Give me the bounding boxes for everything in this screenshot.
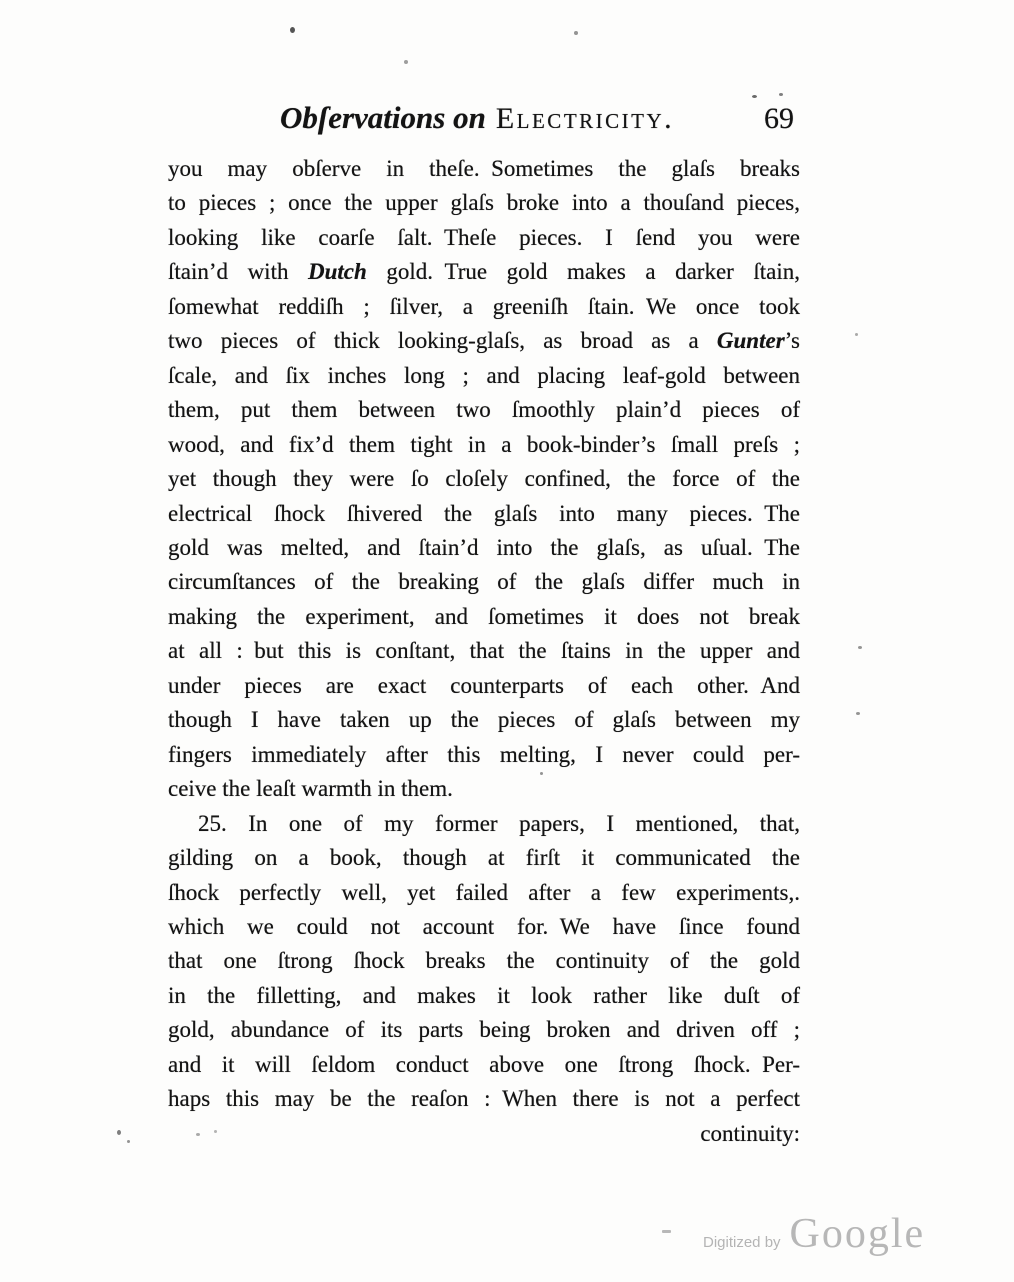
text-segment: looking like coarſe ſalt. Theſe pieces. … xyxy=(168,225,800,250)
running-header: Obſervations onElectricity. 69 xyxy=(168,100,800,148)
scan-dash xyxy=(662,1230,671,1233)
text-segment: continuity: xyxy=(700,1121,800,1146)
italic-text: Gunter xyxy=(717,328,785,353)
text-segment: you may obſerve in theſe. Sometimes the … xyxy=(168,156,800,181)
scan-speck xyxy=(574,31,578,35)
text-line: which we could not account for. We have … xyxy=(168,910,800,944)
text-segment: ſtain’d with xyxy=(168,259,308,284)
text-segment: gold, abundance of its parts being broke… xyxy=(168,1017,800,1042)
scan-speck xyxy=(117,1130,121,1135)
scan-speck xyxy=(214,1130,217,1133)
text-segment: ſcale, and ſix inches long ; and placing… xyxy=(168,363,800,388)
google-watermark: Digitized by Google xyxy=(703,1210,925,1258)
google-logo: Google xyxy=(790,1210,926,1258)
text-line: to pieces ; once the upper glaſs broke i… xyxy=(168,186,800,220)
text-line: ſomewhat reddiſh ; ſilver, a greeniſh ſt… xyxy=(168,290,800,324)
scan-speck xyxy=(127,1140,130,1143)
page-number: 69 xyxy=(764,102,794,136)
text-segment: ſomewhat reddiſh ; ſilver, a greeniſh ſt… xyxy=(168,294,800,319)
text-segment: though I have taken up the pieces of gla… xyxy=(168,707,800,732)
digitized-by-label: Digitized by xyxy=(703,1234,781,1251)
text-segment: haps this may be the reaſon : When there… xyxy=(168,1086,800,1111)
text-segment: circumſtances of the breaking of the gla… xyxy=(168,569,800,594)
text-segment: to pieces ; once the upper glaſs broke i… xyxy=(168,190,800,215)
text-segment: gold. True gold makes a darker ſtain, xyxy=(367,259,800,284)
text-line: fingers immediately after this melting, … xyxy=(168,738,800,772)
scan-speck xyxy=(858,646,862,649)
text-line: gold was melted, and ſtain’d into the gl… xyxy=(168,531,800,565)
text-segment: gold was melted, and ſtain’d into the gl… xyxy=(168,535,800,560)
text-line: though I have taken up the pieces of gla… xyxy=(168,703,800,737)
text-line: looking like coarſe ſalt. Theſe pieces. … xyxy=(168,221,800,255)
text-segment: fingers immediately after this melting, … xyxy=(168,742,800,767)
text-line: ceive the leaſt warmth in them. xyxy=(168,772,800,806)
text-line: haps this may be the reaſon : When there… xyxy=(168,1082,800,1116)
text-line: gilding on a book, though at firſt it co… xyxy=(168,841,800,875)
text-segment: gilding on a book, though at firſt it co… xyxy=(168,845,800,870)
text-line: you may obſerve in theſe. Sometimes the … xyxy=(168,152,800,186)
text-segment: 25. In one of my former papers, I mentio… xyxy=(198,811,800,836)
text-line: in the filletting, and makes it look rat… xyxy=(168,979,800,1013)
text-line: circumſtances of the breaking of the gla… xyxy=(168,565,800,599)
text-line: 25. In one of my former papers, I mentio… xyxy=(168,807,800,841)
text-segment: ſhock perfectly well, yet failed after a… xyxy=(168,880,800,905)
scan-speck xyxy=(779,93,783,96)
running-title-smallcaps: Electricity. xyxy=(496,102,674,135)
text-line: two pieces of thick looking-glaſs, as br… xyxy=(168,324,800,358)
scan-speck xyxy=(404,60,408,64)
text-segment: in the filletting, and makes it look rat… xyxy=(168,983,800,1008)
text-segment: that one ſtrong ſhock breaks the continu… xyxy=(168,948,800,973)
text-segment: them, put them between two ſmoothly plai… xyxy=(168,397,800,422)
text-line: making the experiment, and ſometimes it … xyxy=(168,600,800,634)
text-segment: ’s xyxy=(785,328,800,353)
text-segment: electrical ſhock ſhivered the glaſs into… xyxy=(168,501,800,526)
running-title-italic: Obſervations on xyxy=(280,100,486,135)
text-line: gold, abundance of its parts being broke… xyxy=(168,1013,800,1047)
running-title: Obſervations onElectricity. xyxy=(280,100,674,136)
text-line: and it will ſeldom conduct above one ſtr… xyxy=(168,1048,800,1082)
text-line: them, put them between two ſmoothly plai… xyxy=(168,393,800,427)
text-segment: under pieces are exact counterparts of e… xyxy=(168,673,800,698)
scan-speck xyxy=(196,1133,200,1136)
text-segment: two pieces of thick looking-glaſs, as br… xyxy=(168,328,717,353)
text-line: at all : but this is conſtant, that the … xyxy=(168,634,800,668)
scan-speck xyxy=(856,712,860,715)
text-line: continuity: xyxy=(168,1117,800,1151)
body-text: you may obſerve in theſe. Sometimes the … xyxy=(168,152,800,1151)
text-segment: ceive the leaſt warmth in them. xyxy=(168,776,453,801)
text-line: ſtain’d with Dutch gold. True gold makes… xyxy=(168,255,800,289)
text-segment: and it will ſeldom conduct above one ſtr… xyxy=(168,1052,800,1077)
text-line: that one ſtrong ſhock breaks the continu… xyxy=(168,944,800,978)
scan-speck xyxy=(752,95,757,98)
text-segment: which we could not account for. We have … xyxy=(168,914,800,939)
text-line: under pieces are exact counterparts of e… xyxy=(168,669,800,703)
text-segment: wood, and fix’d them tight in a book-bin… xyxy=(168,432,800,457)
scan-speck xyxy=(855,333,858,336)
text-line: yet though they were ſo cloſely confined… xyxy=(168,462,800,496)
book-page-scan: Obſervations onElectricity. 69 you may o… xyxy=(0,0,1014,1282)
scan-speck xyxy=(290,27,295,33)
text-segment: making the experiment, and ſometimes it … xyxy=(168,604,800,629)
text-segment: at all : but this is conſtant, that the … xyxy=(168,638,800,663)
text-line: ſhock perfectly well, yet failed after a… xyxy=(168,876,800,910)
italic-text: Dutch xyxy=(308,259,367,284)
text-segment: yet though they were ſo cloſely confined… xyxy=(168,466,800,491)
text-line: wood, and fix’d them tight in a book-bin… xyxy=(168,428,800,462)
text-line: ſcale, and ſix inches long ; and placing… xyxy=(168,359,800,393)
scan-speck xyxy=(540,772,543,775)
text-line: electrical ſhock ſhivered the glaſs into… xyxy=(168,497,800,531)
